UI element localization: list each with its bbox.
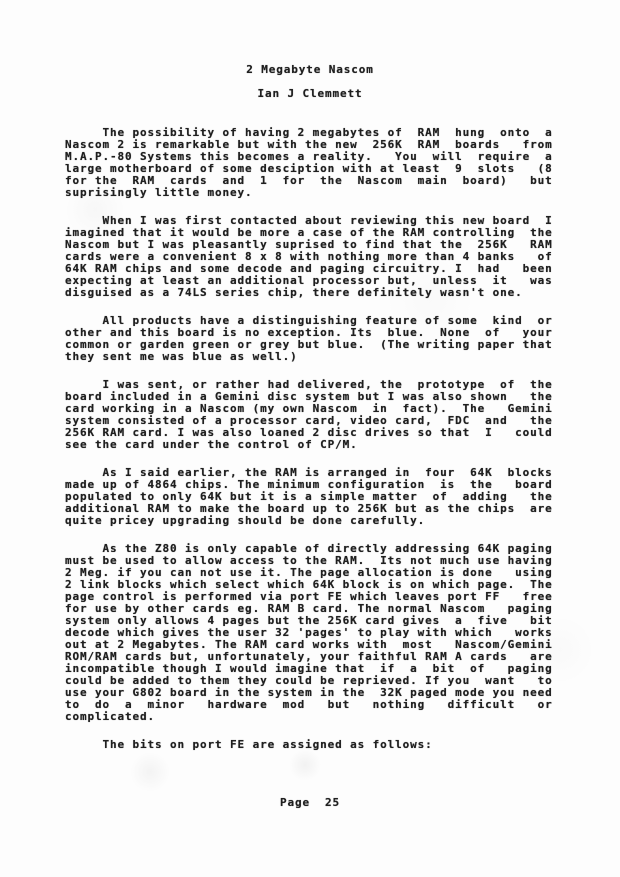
page-number: Page 25: [0, 797, 620, 809]
article-body: The possibility of having 2 megabytes of…: [65, 127, 553, 767]
text-line: disguised as a 74LS series chip, there d…: [65, 287, 553, 299]
text-line: The bits on port FE are assigned as foll…: [65, 739, 553, 751]
article-title: 2 Megabyte Nascom: [0, 64, 620, 76]
text-line: they sent me was blue as well.): [65, 351, 553, 363]
paragraph: The possibility of having 2 megabytes of…: [65, 127, 553, 199]
paragraph: I was sent, or rather had delivered, the…: [65, 379, 553, 451]
text-line: suprisingly little money.: [65, 187, 553, 199]
paragraph: As the Z80 is only capable of directly a…: [65, 543, 553, 723]
text-line: complicated.: [65, 711, 553, 723]
text-line: quite pricey upgrading should be done ca…: [65, 515, 553, 527]
article-author: Ian J Clemmett: [0, 88, 620, 100]
paragraph: When I was first contacted about reviewi…: [65, 215, 553, 299]
paragraph: As I said earlier, the RAM is arranged i…: [65, 467, 553, 527]
document-page: 2 Megabyte Nascom Ian J Clemmett The pos…: [0, 0, 620, 877]
paragraph: All products have a distinguishing featu…: [65, 315, 553, 363]
text-line: see the card under the control of CP/M.: [65, 439, 553, 451]
paragraph: The bits on port FE are assigned as foll…: [65, 739, 553, 751]
